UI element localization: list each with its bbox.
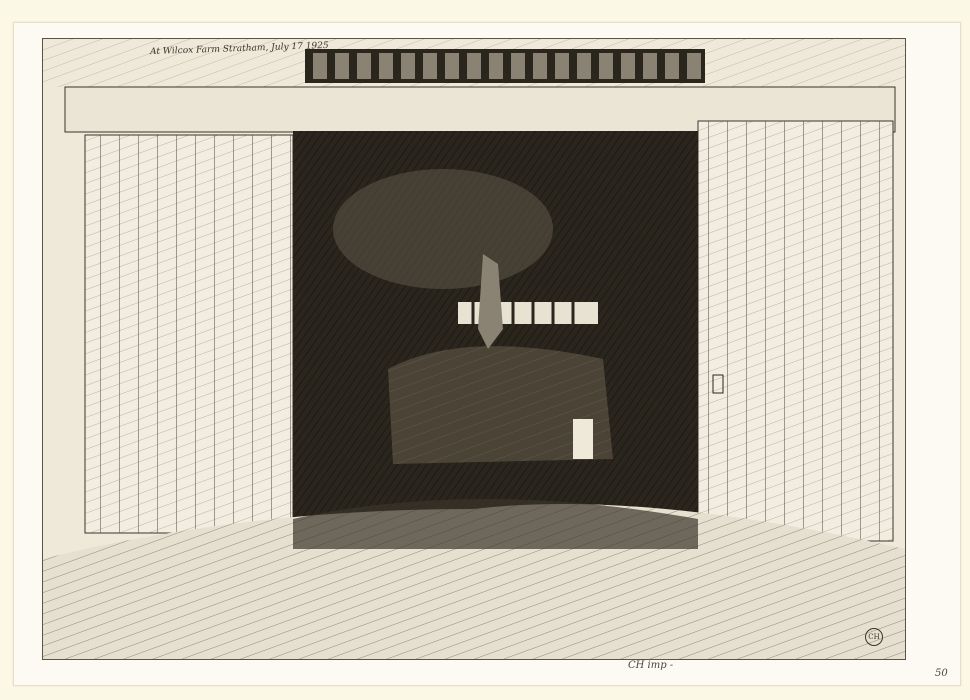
plate-monogram: CH: [865, 628, 883, 646]
margin-number: 50: [935, 668, 948, 679]
etching-image: [43, 39, 905, 659]
margin-signature: CH imp -: [628, 660, 673, 671]
etching-plate: [42, 38, 906, 660]
